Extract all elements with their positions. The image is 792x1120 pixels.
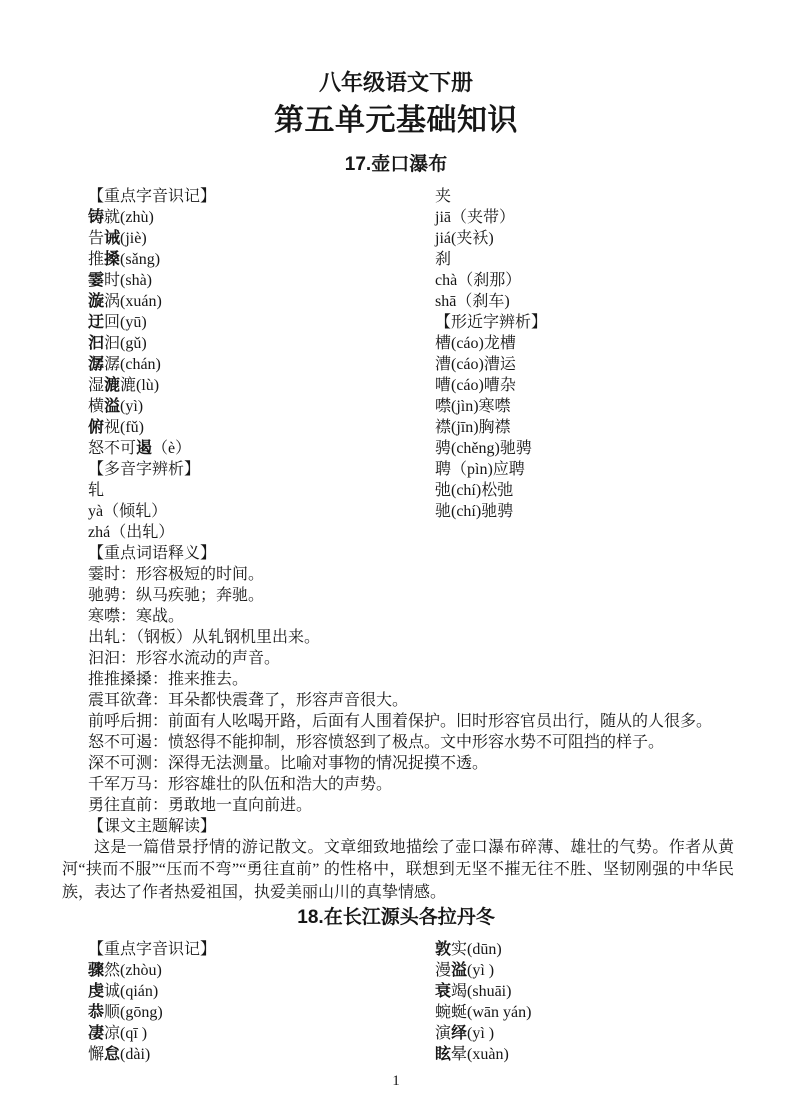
list-line: 霎时：形容极短的时间。 xyxy=(88,564,734,585)
bold-character: 怠 xyxy=(104,1046,120,1063)
list-line: yà（倾轧） xyxy=(88,501,435,522)
theme-header: 【课文主题解读】 xyxy=(88,816,734,837)
bold-character: 骤 xyxy=(88,962,104,979)
list-line: 霎时(shà) xyxy=(88,270,435,291)
list-line: 勇往直前：勇敢地一直向前进。 xyxy=(88,795,734,816)
list-line: 千军万马：形容雄壮的队伍和浩大的声势。 xyxy=(88,774,734,795)
list-line: 演绎(yì ) xyxy=(435,1023,734,1044)
document-page: 八年级语文下册 第五单元基础知识 17.壶口瀑布 【重点字音识记】铸就(zhù)… xyxy=(0,0,792,1120)
bold-character: 迂 xyxy=(88,314,104,331)
list-line: 驰骋：纵马疾驰；奔驰。 xyxy=(88,585,734,606)
unit-title: 第五单元基础知识 xyxy=(0,102,792,140)
list-line: 俯视(fǔ) xyxy=(88,417,435,438)
list-line: 弛(chí)松弛 xyxy=(435,480,734,501)
list-line: 衰竭(shuāi) xyxy=(435,981,734,1002)
list-line: 汩汩(gǔ) xyxy=(88,333,435,354)
list-line: 襟(jīn)胸襟 xyxy=(435,417,734,438)
text-segment: 凉(qī ) xyxy=(104,1025,147,1042)
list-line: 轧 xyxy=(88,480,435,501)
text-segment: 告 xyxy=(88,230,104,247)
text-segment: 涡(xuán) xyxy=(104,293,162,310)
list-line: 出轧：（钢板）从轧钢机里出来。 xyxy=(88,627,734,648)
bold-character: 溢 xyxy=(104,398,120,415)
list-line: 怒不可遏：愤怒得不能抑制，形容愤怒到了极点。文中形容水势不可阻挡的样子。 xyxy=(88,732,734,753)
lesson18-title: 18.在长江源头各拉丹冬 xyxy=(0,906,792,930)
text-segment: 湿 xyxy=(88,377,104,394)
bold-character: 眩 xyxy=(435,1046,451,1063)
text-segment: 然(zhòu) xyxy=(104,962,162,979)
text-segment: 漉(lù) xyxy=(120,377,159,394)
list-line: 蜿蜒(wān yán) xyxy=(435,1002,734,1023)
bold-character: 溢 xyxy=(451,962,467,979)
text-segment: 晕(xuàn) xyxy=(451,1046,509,1063)
text-segment: (yì ) xyxy=(467,962,494,979)
text-segment: (yì ) xyxy=(467,1025,494,1042)
list-line: 告诫(jiè) xyxy=(88,228,435,249)
list-line: 驰(chí)驰骋 xyxy=(435,501,734,522)
text-segment: 推 xyxy=(88,251,104,268)
list-line: jiā（夹带） xyxy=(435,207,734,228)
text-segment: 实(dūn) xyxy=(451,941,502,958)
list-line: 【重点字音识记】 xyxy=(88,939,435,960)
list-line: 潺潺(chán) xyxy=(88,354,435,375)
bold-character: 铸 xyxy=(88,209,104,226)
lesson17-definitions-block: 【重点词语释义】 霎时：形容极短的时间。驰骋：纵马疾驰；奔驰。寒噤：寒战。出轧：… xyxy=(62,543,734,816)
theme-paragraph: 这是一篇借景抒情的游记散文。文章细致地描绘了壶口瀑布碎薄、雄壮的气势。作者从黄河… xyxy=(62,837,734,904)
list-line: 刹 xyxy=(435,249,734,270)
list-line: shā（刹车) xyxy=(435,291,734,312)
list-line: 推搡(sǎng) xyxy=(88,249,435,270)
list-line: 推推搡搡：推来推去。 xyxy=(88,669,734,690)
list-line: 懈怠(dài) xyxy=(88,1044,435,1065)
list-line: 槽(cáo)龙槽 xyxy=(435,333,734,354)
list-line: 漩涡(xuán) xyxy=(88,291,435,312)
bold-character: 衰 xyxy=(435,983,451,1000)
list-line: jiá(夹袄) xyxy=(435,228,734,249)
text-segment: 诚(qián) xyxy=(104,983,158,1000)
lesson17-phonetics-columns: 【重点字音识记】铸就(zhù)告诫(jiè)推搡(sǎng)霎时(shà)漩涡(… xyxy=(62,186,734,543)
page-number: 1 xyxy=(0,1073,792,1089)
lesson17-content: 【重点字音识记】铸就(zhù)告诫(jiè)推搡(sǎng)霎时(shà)漩涡(… xyxy=(62,186,734,904)
list-line: zhá（出轧） xyxy=(88,522,435,543)
text-segment: 就(zhù) xyxy=(104,209,154,226)
definitions-list: 霎时：形容极短的时间。驰骋：纵马疾驰；奔驰。寒噤：寒战。出轧：（钢板）从轧钢机里… xyxy=(88,564,734,816)
list-line: 深不可测：深得无法测量。比喻对事物的情况捉摸不透。 xyxy=(88,753,734,774)
lesson18-left-column: 【重点字音识记】骤然(zhòu)虔诚(qián)恭顺(gōng)凄凉(qī )懈… xyxy=(62,939,435,1065)
bold-character: 敦 xyxy=(435,941,451,958)
bold-character: 霎 xyxy=(88,272,104,289)
list-line: 漕(cáo)漕运 xyxy=(435,354,734,375)
list-line: 虔诚(qián) xyxy=(88,981,435,1002)
bold-character: 潺 xyxy=(88,356,104,373)
text-segment: 怒不可 xyxy=(88,440,136,457)
text-segment: 懈 xyxy=(88,1046,104,1063)
text-segment: 回(yū) xyxy=(104,314,147,331)
list-line: 眩晕(xuàn) xyxy=(435,1044,734,1065)
text-segment: (sǎng) xyxy=(120,251,160,268)
text-segment: (yì) xyxy=(120,398,143,415)
list-line: 铸就(zhù) xyxy=(88,207,435,228)
text-segment: 演 xyxy=(435,1025,451,1042)
list-line: 夹 xyxy=(435,186,734,207)
text-segment: 潺(chán) xyxy=(104,356,161,373)
text-segment: (jiè) xyxy=(120,230,147,247)
list-line: 敦实(dūn) xyxy=(435,939,734,960)
lesson17-right-column: 夹jiā（夹带）jiá(夹袄)刹chà（刹那）shā（刹车)【形近字辨析】槽(c… xyxy=(435,186,734,543)
bold-character: 诫 xyxy=(104,230,120,247)
bold-character: 虔 xyxy=(88,983,104,1000)
list-line: chà（刹那） xyxy=(435,270,734,291)
bold-character: 漩 xyxy=(88,293,104,310)
text-segment: （è） xyxy=(152,440,191,457)
bold-character: 恭 xyxy=(88,1004,104,1021)
lesson18-right-column: 敦实(dūn)漫溢(yì )衰竭(shuāi)蜿蜒(wān yán)演绎(yì … xyxy=(435,939,734,1065)
definitions-header: 【重点词语释义】 xyxy=(88,543,734,564)
bold-character: 汩 xyxy=(88,335,104,352)
list-line: 聘（pìn)应聘 xyxy=(435,459,734,480)
list-line: 嘈(cáo)嘈杂 xyxy=(435,375,734,396)
lesson17-title: 17.壶口瀑布 xyxy=(0,153,792,177)
bold-character: 遏 xyxy=(136,440,152,457)
text-segment: 横 xyxy=(88,398,104,415)
text-segment: 汩(gǔ) xyxy=(104,335,147,352)
list-line: 寒噤：寒战。 xyxy=(88,606,734,627)
list-line: 凄凉(qī ) xyxy=(88,1023,435,1044)
list-line: 横溢(yì) xyxy=(88,396,435,417)
bold-character: 俯 xyxy=(88,419,104,436)
lesson18-phonetics-columns: 【重点字音识记】骤然(zhòu)虔诚(qián)恭顺(gōng)凄凉(qī )懈… xyxy=(62,939,734,1065)
text-segment: 视(fǔ) xyxy=(104,419,144,436)
list-line: 前呼后拥：前面有人吆喝开路，后面有人围着保护。旧时形容官员出行，随从的人很多。 xyxy=(88,711,734,732)
text-segment: 漫 xyxy=(435,962,451,979)
list-line: 恭顺(gōng) xyxy=(88,1002,435,1023)
list-line: 湿漉漉(lù) xyxy=(88,375,435,396)
list-line: 迂回(yū) xyxy=(88,312,435,333)
text-segment: 时(shà) xyxy=(104,272,152,289)
text-segment: 竭(shuāi) xyxy=(451,983,511,1000)
list-line: 汩汩：形容水流动的声音。 xyxy=(88,648,734,669)
list-line: 怒不可遏（è） xyxy=(88,438,435,459)
list-line: 噤(jìn)寒噤 xyxy=(435,396,734,417)
course-title: 八年级语文下册 xyxy=(0,70,792,96)
bold-character: 漉 xyxy=(104,377,120,394)
list-line: 骤然(zhòu) xyxy=(88,960,435,981)
bold-character: 搡 xyxy=(104,251,120,268)
list-line: 漫溢(yì ) xyxy=(435,960,734,981)
text-segment: 顺(gōng) xyxy=(104,1004,163,1021)
list-line: 【多音字辨析】 xyxy=(88,459,435,480)
lesson17-theme-block: 【课文主题解读】 xyxy=(62,816,734,837)
list-line: 骋(chěng)驰骋 xyxy=(435,438,734,459)
list-line: 【形近字辨析】 xyxy=(435,312,734,333)
bold-character: 凄 xyxy=(88,1025,104,1042)
lesson18-content: 【重点字音识记】骤然(zhòu)虔诚(qián)恭顺(gōng)凄凉(qī )懈… xyxy=(62,939,734,1065)
list-line: 震耳欲聋：耳朵都快震聋了，形容声音很大。 xyxy=(88,690,734,711)
bold-character: 绎 xyxy=(451,1025,467,1042)
lesson17-left-column: 【重点字音识记】铸就(zhù)告诫(jiè)推搡(sǎng)霎时(shà)漩涡(… xyxy=(62,186,435,543)
list-line: 【重点字音识记】 xyxy=(88,186,435,207)
text-segment: (dài) xyxy=(120,1046,150,1063)
